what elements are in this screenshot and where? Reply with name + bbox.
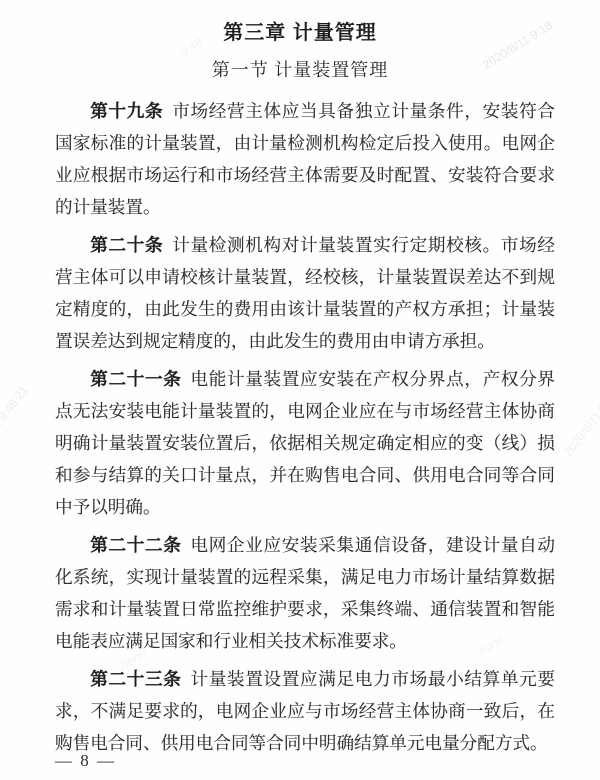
section-title: 第一节 计量装置管理 bbox=[0, 56, 600, 82]
article-22-number: 第二十二条 bbox=[90, 535, 181, 555]
article-20-number: 第二十条 bbox=[90, 235, 163, 255]
article-23-number: 第二十三条 bbox=[90, 669, 181, 689]
page-number: — 8 — bbox=[55, 751, 116, 771]
document-page: 2020/8/11 9:18 9:48 2020/8/11 9:48:21 20… bbox=[0, 0, 600, 780]
document-body: 第十九条市场经营主体应当具备独立计量条件，安装符合国家标准的计量装置，由计量检测… bbox=[0, 82, 600, 759]
article-20-paragraph: 第二十条计量检测机构对计量装置实行定期校核。市场经营主体可以申请校核计量装置，经… bbox=[55, 229, 555, 357]
chapter-title: 第三章 计量管理 bbox=[0, 16, 600, 45]
article-21-number: 第二十一条 bbox=[90, 369, 181, 389]
article-19-paragraph: 第十九条市场经营主体应当具备独立计量条件，安装符合国家标准的计量装置，由计量检测… bbox=[55, 95, 555, 223]
article-21-text: 电能计量装置应安装在产权分界点，产权分界点无法安装电能计量装置的，电网企业应在与… bbox=[55, 369, 555, 517]
article-21-paragraph: 第二十一条电能计量装置应安装在产权分界点，产权分界点无法安装电能计量装置的，电网… bbox=[55, 363, 555, 523]
article-23-paragraph: 第二十三条计量装置设置应满足电力市场最小结算单元要求，不满足要求的，电网企业应与… bbox=[55, 663, 555, 759]
article-22-paragraph: 第二十二条电网企业应安装采集通信设备，建设计量自动化系统，实现计量装置的远程采集… bbox=[55, 529, 555, 657]
article-19-number: 第十九条 bbox=[90, 101, 163, 121]
